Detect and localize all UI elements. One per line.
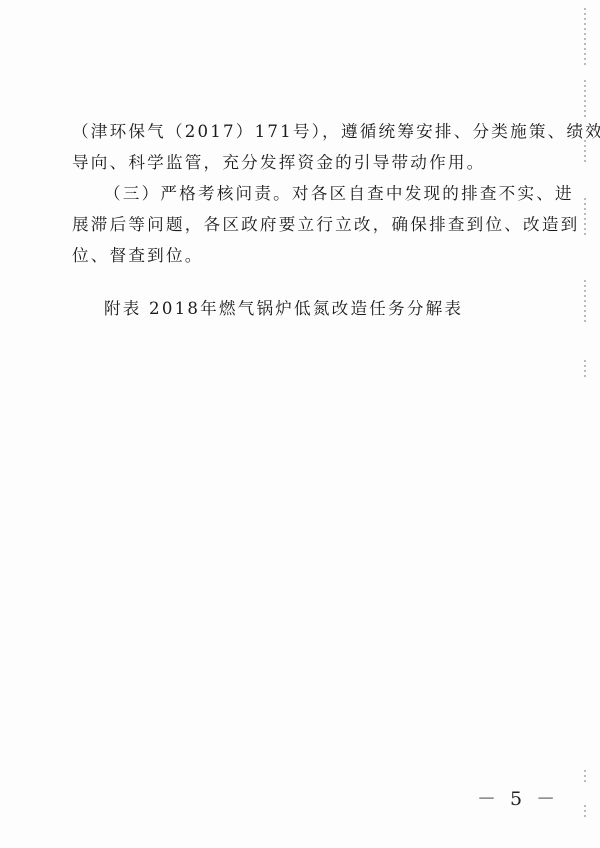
paragraph-2-line-1: （三）严格考核问责。对各区自查中发现的排查不实、进 bbox=[104, 180, 574, 204]
paragraph-2-line-2: 展滞后等问题，各区政府要立行立改，确保排查到位、改造到 bbox=[72, 211, 579, 235]
page-number: － 5 － bbox=[477, 784, 559, 811]
scan-artifact bbox=[584, 805, 586, 820]
scan-artifact bbox=[584, 198, 586, 238]
paragraph-2-line-3: 位、督查到位。 bbox=[72, 242, 204, 266]
scan-artifact bbox=[584, 8, 586, 68]
attachment-title: 附表 2018年燃气锅炉低氮改造任务分解表 bbox=[104, 295, 463, 319]
paragraph-1-line-1: （津环保气（2017）171号），遵循统筹安排、分类施策、绩效 bbox=[72, 118, 600, 142]
paragraph-1-line-2: 导向、科学监管，充分发挥资金的引导带动作用。 bbox=[72, 149, 485, 173]
scan-artifact bbox=[584, 360, 586, 380]
scan-artifact bbox=[584, 80, 586, 120]
scan-artifact bbox=[584, 140, 586, 165]
scan-artifact bbox=[584, 770, 586, 782]
scan-artifact bbox=[584, 280, 586, 325]
